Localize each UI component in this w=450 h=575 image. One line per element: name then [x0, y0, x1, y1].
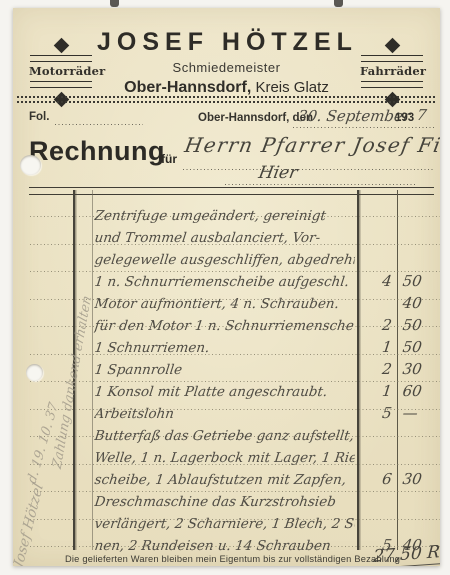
item-description-handwritten: verlängert, 2 Scharniere, 1 Blech, 2 Sch…	[94, 516, 356, 532]
item-description-handwritten: für den Motor 1 n. Schnurriemenscheibe.	[94, 318, 356, 334]
date-leader-line	[293, 127, 435, 128]
specialty-left-label: Motorräder	[29, 64, 93, 79]
items-rows: Zentrifuge umgeändert, gereinigtund Trom…	[95, 202, 440, 554]
specialty-right-label: Fahrräder	[360, 64, 424, 79]
fol-leader-line	[55, 124, 143, 125]
item-price-pfennig: —	[396, 404, 440, 422]
ornament-rule	[361, 55, 423, 62]
diamond-icon	[53, 38, 69, 54]
item-description-handwritten: scheibe, 1 Ablaufstutzen mit Zapfen,	[94, 472, 356, 488]
margin-note-signature: Josef Hötzel	[13, 481, 47, 566]
ornament-rule	[30, 55, 92, 62]
item-description-handwritten: und Trommel ausbalanciert, Vor-	[94, 230, 356, 246]
item-description-handwritten: Welle, 1 n. Lagerbock mit Lager, 1 Rieme…	[94, 450, 356, 466]
item-price-mark: 2	[354, 316, 398, 334]
table-top-rule	[29, 187, 434, 195]
table-row: scheibe, 1 Ablaufstutzen mit Zapfen,630	[94, 466, 440, 488]
item-price-pfennig: 50	[396, 272, 440, 290]
year-digit-handwritten: 7	[416, 106, 428, 124]
item-price-mark: 2	[354, 360, 398, 378]
fuer-label: für	[161, 152, 177, 166]
table-row: 1 Schnurriemen.150	[94, 334, 440, 356]
table-row: 1 Spannrolle230	[94, 356, 440, 378]
table-row: gelegewelle ausgeschliffen, abgedreht u.	[94, 246, 440, 268]
item-price-pfennig: 30	[396, 360, 440, 378]
item-price-mark: 5	[354, 404, 398, 422]
diamond-icon	[384, 38, 400, 54]
item-price-mark: 1	[354, 382, 398, 400]
table-row: Welle, 1 n. Lagerbock mit Lager, 1 Rieme…	[94, 444, 440, 466]
recipient-location-handwritten: Hier	[211, 163, 345, 183]
item-price-pfennig: 50	[396, 316, 440, 334]
item-description-handwritten: gelegewelle ausgeschliffen, abgedreht u.	[94, 252, 356, 268]
table-row: Butterfaß das Getriebe ganz aufstellt, 1…	[94, 422, 440, 444]
item-price-pfennig: 50	[396, 338, 440, 356]
item-description-handwritten: 1 Spannrolle	[94, 362, 356, 378]
scanned-invoice-screenshot: Motorräder Fahrräder JOSEF HÖTZEL Schmie…	[0, 0, 450, 575]
table-row: Arbeitslohn5—	[94, 400, 440, 422]
item-description-handwritten: 1 n. Schnurriemenscheibe aufgeschl.	[94, 274, 356, 290]
diamond-icon	[384, 92, 400, 108]
table-row: und Trommel ausbalanciert, Vor-	[94, 224, 440, 246]
mount-clip-mark	[334, 0, 343, 7]
ornament-rule	[361, 81, 423, 88]
item-description-handwritten: Butterfaß das Getriebe ganz aufstellt, 1…	[94, 428, 356, 444]
year-printed: 193	[395, 112, 414, 124]
item-price-pfennig: 40	[396, 294, 440, 312]
item-description-handwritten: Arbeitslohn	[94, 406, 356, 422]
letterhead-dotted-rule	[17, 96, 436, 98]
item-description-handwritten: Motor aufmontiert, 4 n. Schrauben.	[94, 296, 356, 312]
item-description-handwritten: 1 Konsol mit Platte angeschraubt.	[94, 384, 356, 400]
ornament-rule	[30, 81, 92, 88]
item-price-mark: 4	[354, 272, 398, 290]
table-row: Zentrifuge umgeändert, gereinigt	[94, 202, 440, 224]
item-description-handwritten: Dreschmaschine das Kurzstrohsieb	[94, 494, 356, 510]
hole-punch	[26, 364, 43, 381]
table-row: 1 n. Schnurriemenscheibe aufgeschl.450	[94, 268, 440, 290]
letterhead-ornament-right: Fahrräder	[360, 38, 424, 109]
table-row: Motor aufmontiert, 4 n. Schrauben.40	[94, 290, 440, 312]
fol-label: Fol.	[29, 111, 49, 123]
item-description-handwritten: Zentrifuge umgeändert, gereinigt	[94, 208, 356, 224]
profession-label: Schmiedemeister	[97, 60, 356, 75]
item-description-handwritten: 1 Schnurriemen.	[94, 340, 356, 356]
hole-punch	[20, 155, 41, 175]
table-row: für den Motor 1 n. Schnurriemenscheibe.2…	[94, 312, 440, 334]
item-price-mark: 1	[354, 338, 398, 356]
invoice-paper: Motorräder Fahrräder JOSEF HÖTZEL Schmie…	[13, 8, 440, 566]
place-date-printed: Ober-Hannsdorf, den	[198, 112, 313, 124]
item-price-mark: 6	[354, 470, 398, 488]
diamond-icon	[53, 92, 69, 108]
item-price-pfennig: 60	[396, 382, 440, 400]
letterhead-center: JOSEF HÖTZEL Schmiedemeister Ober-Hannsd…	[97, 28, 356, 97]
invoice-heading: Rechnung	[29, 136, 165, 167]
business-owner-name: JOSEF HÖTZEL	[97, 28, 356, 57]
item-price-pfennig: 30	[396, 470, 440, 488]
recipient-name-handwritten: Herrn Pfarrer Josef Fischer	[183, 133, 440, 157]
letterhead-ornament-left: Motorräder	[29, 38, 93, 109]
table-row: 1 Konsol mit Platte angeschraubt.160	[94, 378, 440, 400]
retention-of-title-notice: Die gelieferten Waren bleiben mein Eigen…	[65, 554, 375, 564]
table-row: verlängert, 2 Scharniere, 1 Blech, 2 Sch…	[94, 510, 440, 532]
item-description-handwritten: nen, 2 Rundeisen u. 14 Schrauben	[94, 538, 356, 554]
table-row: Dreschmaschine das Kurzstrohsieb	[94, 488, 440, 510]
business-address: Ober-Hannsdorf, Kreis Glatz	[97, 79, 356, 97]
address-district: Kreis Glatz	[255, 79, 328, 96]
address-place: Ober-Hannsdorf,	[124, 79, 251, 96]
letterhead-dotted-rule	[17, 101, 436, 103]
hier-leader-line	[225, 184, 417, 185]
mount-clip-mark	[110, 0, 119, 7]
